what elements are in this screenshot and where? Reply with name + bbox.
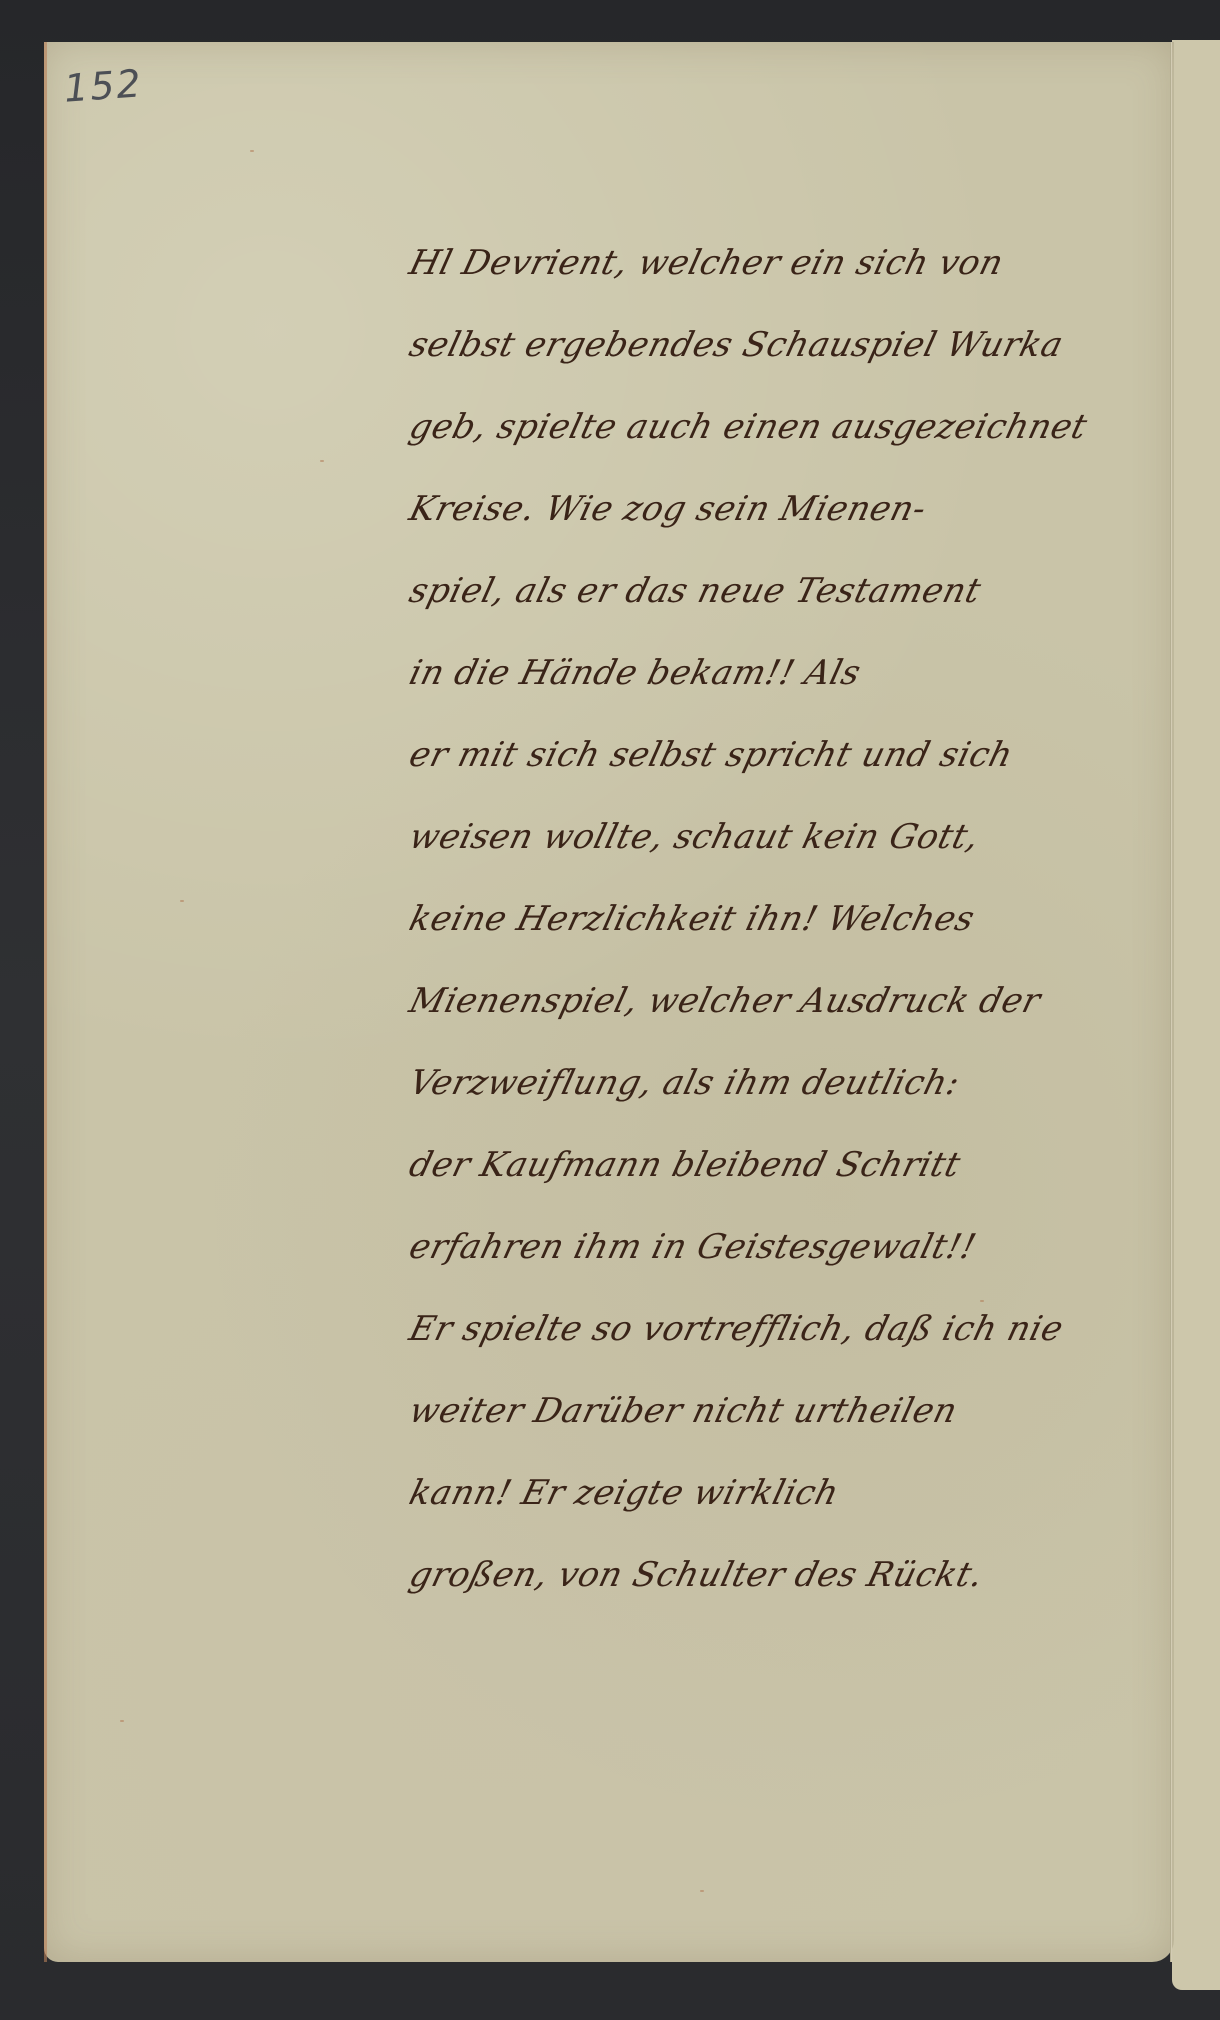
- page-edge: [44, 42, 47, 1962]
- paper-fleck: [250, 150, 254, 152]
- paper-fleck: [320, 460, 324, 462]
- text-line: Er spielte so vortrefflich, daß ich nie: [400, 1288, 1120, 1370]
- text-line: Hl Devrient, welcher ein sich von: [400, 222, 1120, 304]
- paper-fleck: [180, 900, 184, 902]
- text-line: der Kaufmann bleibend Schritt: [400, 1124, 1120, 1206]
- text-line: Mienenspiel, welcher Ausdruck der: [400, 960, 1120, 1042]
- text-line: keine Herzlichkeit ihn! Welches: [400, 878, 1120, 960]
- manuscript-text: Hl Devrient, welcher ein sich von selbst…: [400, 222, 1100, 1616]
- text-line: geb, spielte auch einen ausgezeichnet: [400, 386, 1120, 468]
- text-line: er mit sich selbst spricht und sich: [400, 714, 1120, 796]
- text-line: weisen wollte, schaut kein Gott,: [400, 796, 1120, 878]
- paper-fleck: [980, 1300, 984, 1302]
- facing-page-edge: [1172, 40, 1220, 1990]
- text-line: großen, von Schulter des Rückt.: [400, 1534, 1120, 1616]
- text-line: kann! Er zeigte wirklich: [400, 1452, 1120, 1534]
- text-line: spiel, als er das neue Testament: [400, 550, 1120, 632]
- folio-number: 152: [63, 61, 144, 110]
- text-line: Verzweiflung, als ihm deutlich:: [400, 1042, 1120, 1124]
- text-line: selbst ergebendes Schauspiel Wurka: [400, 304, 1120, 386]
- text-line: weiter Darüber nicht urtheilen: [400, 1370, 1120, 1452]
- paper-fleck: [700, 1890, 704, 1892]
- paper-fleck: [120, 1720, 124, 1722]
- text-line: erfahren ihm in Geistesgewalt!!: [400, 1206, 1120, 1288]
- text-line: in die Hände bekam!! Als: [400, 632, 1120, 714]
- text-line: Kreise. Wie zog sein Mienen-: [400, 468, 1120, 550]
- binding-fold: [1170, 42, 1172, 1962]
